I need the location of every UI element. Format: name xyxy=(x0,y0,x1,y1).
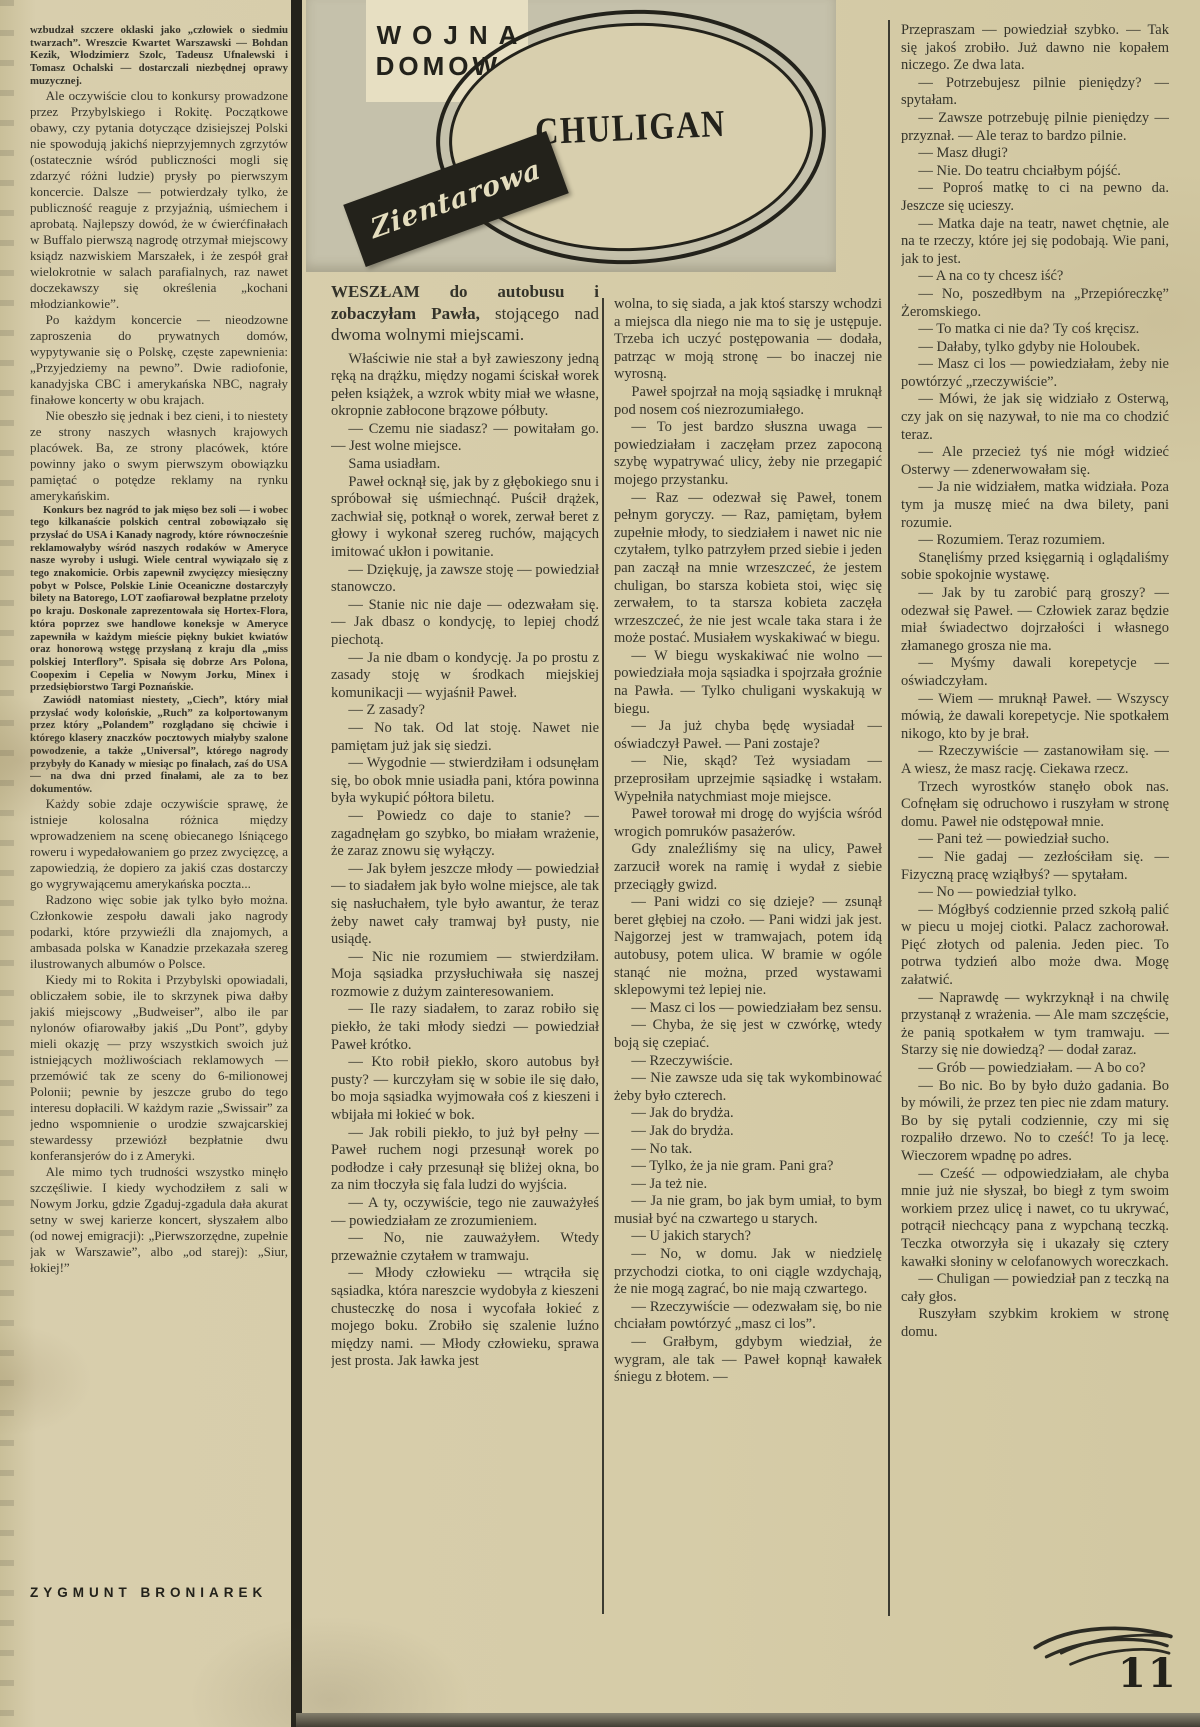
paragraph: — Nie zawsze uda się tak wykombinować że… xyxy=(614,1070,882,1105)
paragraph: — Jak do brydża. xyxy=(614,1123,882,1141)
story-column-2: wolna, to się siada, a jak ktoś starszy … xyxy=(614,296,882,1616)
paragraph: — Jak robili piekło, to już był pełny — … xyxy=(331,1125,599,1195)
paragraph: Kiedy mi to Rokita i Przybylski opowiada… xyxy=(30,972,288,1164)
paragraph: — Czemu nie siadasz? — powitałam go. — J… xyxy=(331,421,599,456)
paragraph: — Rzeczywiście. xyxy=(614,1053,882,1071)
paragraph: Paweł spojrzał na moją sąsiadkę i mrukną… xyxy=(614,384,882,419)
paragraph: Właściwie nie stał a był zawieszony jedn… xyxy=(331,351,599,421)
paragraph: — Matka daje na teatr, nawet chętnie, al… xyxy=(901,216,1169,269)
paragraph: Stanęliśmy przed księgarnią i oglądaliśm… xyxy=(901,550,1169,585)
paragraph: — Wygodnie — stwierdziłam i odsunęłam si… xyxy=(331,755,599,808)
paragraph: — Cześć — odpowiedziałam, ale chyba mnie… xyxy=(901,1166,1169,1272)
paragraph: Radzono więc sobie jak tylko było można.… xyxy=(30,892,288,972)
paragraph: — Bo nic. Bo by było dużo gadania. Bo by… xyxy=(901,1078,1169,1166)
vertical-divider-thick xyxy=(291,0,302,1727)
paragraph: — Dziękuję, ja zawsze stoję — powiedział… xyxy=(331,562,599,597)
paragraph: — No tak. Od lat stoję. Nawet nie pamięt… xyxy=(331,720,599,755)
paragraph: — Ale przecież tyś nie mógł widzieć Oste… xyxy=(901,444,1169,479)
paragraph: — Tylko, że ja nie gram. Pani gra? xyxy=(614,1158,882,1176)
paragraph: — Jak by tu zarobić parą groszy? — odezw… xyxy=(901,585,1169,655)
paragraph: — Nic nie rozumiem — stwierdziłam. Moja … xyxy=(331,949,599,1002)
paragraph: Każdy sobie zdaje oczywiście sprawę, że … xyxy=(30,796,288,892)
paragraph: — Mógłbyś codziennie przed szkołą palić … xyxy=(901,902,1169,990)
paragraph: — Potrzebujesz pilnie pieniędzy? — spyta… xyxy=(901,75,1169,110)
paragraph: Przepraszam — powiedział szybko. — Tak s… xyxy=(901,22,1169,75)
paragraph: Zawiódł natomiast niestety, „Ciech”, któ… xyxy=(30,694,288,796)
page-number: 11 xyxy=(1118,1650,1178,1697)
paragraph: Nie obeszło się jednak i bez cieni, i to… xyxy=(30,408,288,504)
paragraph: — Chuligan — powiedział pan z teczką na … xyxy=(901,1271,1169,1306)
paragraph: — Rzeczywiście — zastanowiłam się. — A w… xyxy=(901,743,1169,778)
paragraph: Paweł torował mi drogę do wyjścia wśród … xyxy=(614,806,882,841)
paragraph: Sama usiadłam. xyxy=(331,456,599,474)
paragraph: Ale mimo tych trudności wszystko minęło … xyxy=(30,1164,288,1276)
paragraph: — Naprawdę — wykrzyknął i na chwilę przy… xyxy=(901,990,1169,1060)
paragraph: — Masz ci los — powiedziałam, żeby nie p… xyxy=(901,356,1169,391)
paragraph: — Jak do brydża. xyxy=(614,1105,882,1123)
paragraph: Gdy znaleźliśmy się na ulicy, Paweł zarz… xyxy=(614,841,882,894)
paragraph: — Chyba, że się jest w czwórkę, wtedy bo… xyxy=(614,1017,882,1052)
paragraph: — Ja już chyba będę wysiadał — oświadczy… xyxy=(614,718,882,753)
story-column-1-paragraphs: Właściwie nie stał a był zawieszony jedn… xyxy=(331,351,599,1371)
scan-bottom-edge xyxy=(296,1713,1200,1727)
paragraph: — Pani też — powiedział sucho. xyxy=(901,831,1169,849)
paragraph: — A ty, oczywiście, tego nie zauważyłeś … xyxy=(331,1195,599,1230)
paragraph: Ruszyłam szybkim krokiem w stronę domu. xyxy=(901,1306,1169,1341)
left-article-column: wzbudzał szczere oklaski jako „człowiek … xyxy=(30,24,288,1572)
paragraph: — To jest bardzo słuszna uwaga — powiedz… xyxy=(614,419,882,489)
paragraph: — Wiem — mruknął Paweł. — Wszyscy mówią,… xyxy=(901,691,1169,744)
paragraph: — Nie. Do teatru chciałbym pójść. xyxy=(901,163,1169,181)
paragraph: — Ja też nie. xyxy=(614,1176,882,1194)
paragraph: — No tak. xyxy=(614,1141,882,1159)
paragraph: Konkurs bez nagród to jak mięso bez soli… xyxy=(30,504,288,695)
paragraph: — Myśmy dawali korepetycje — oświadczyła… xyxy=(901,655,1169,690)
paragraph: — W biegu wyskakiwać nie wolno — powiedz… xyxy=(614,648,882,718)
paragraph: — Ja nie dbam o kondycję. Ja po prostu z… xyxy=(331,650,599,703)
paragraph: — Grób — powiedziałam. — A bo co? xyxy=(901,1060,1169,1078)
column-rule-2 xyxy=(888,20,890,1616)
paragraph: — To matka ci nie da? Ty coś kręcisz. xyxy=(901,321,1169,339)
paragraph: — No, poszedłbym na „Przepióreczkę” Żero… xyxy=(901,286,1169,321)
paragraph: — Kto robił piekło, skoro autobus był pu… xyxy=(331,1054,599,1124)
paragraph: — U jakich starych? xyxy=(614,1228,882,1246)
paragraph: — A na co ty chcesz iść? xyxy=(901,268,1169,286)
magazine-page: wzbudzał szczere oklaski jako „człowiek … xyxy=(0,0,1200,1727)
paragraph: — Ja nie gram, bo jak bym umiał, to bym … xyxy=(614,1193,882,1228)
story-column-1: WESZŁAM do autobusu i zobaczyłam Pawła, … xyxy=(331,281,599,1617)
paragraph: — Jak byłem jeszcze młody — powiedział —… xyxy=(331,861,599,949)
page-left-edge xyxy=(0,0,14,1727)
story-column-3: Przepraszam — powiedział szybko. — Tak s… xyxy=(901,22,1169,1604)
paragraph: — Ile razy siadałem, to zaraz robiło się… xyxy=(331,1001,599,1054)
story-masthead: WOJNA DOMOWA CHULIGAN Zientarowa xyxy=(306,0,836,272)
column-rule-1 xyxy=(602,298,604,1614)
paragraph: wolna, to się siada, a jak ktoś starszy … xyxy=(614,296,882,384)
paragraph: — Młody człowieku — wtrąciła się sąsiadk… xyxy=(331,1265,599,1371)
paragraph: — Dałaby, tylko gdyby nie Holoubek. xyxy=(901,339,1169,357)
paragraph: — No — powiedział tylko. xyxy=(901,884,1169,902)
paragraph: — Ja nie widziałem, matka widziała. Poza… xyxy=(901,479,1169,532)
paragraph: — Nie gadaj — zezłościłam się. — Fizyczn… xyxy=(901,849,1169,884)
paragraph: — No, nie zauważyłem. Wtedy przeważnie c… xyxy=(331,1230,599,1265)
paragraph: — Rozumiem. Teraz rozumiem. xyxy=(901,532,1169,550)
paragraph: — No, w domu. Jak w niedzielę przychodzi… xyxy=(614,1246,882,1299)
paragraph: — Grałbym, gdybym wiedział, że wygram, a… xyxy=(614,1334,882,1387)
paragraph: wzbudzał szczere oklaski jako „człowiek … xyxy=(30,24,288,88)
paragraph: — Masz ci los — powiedziałam bez sensu. xyxy=(614,1000,882,1018)
paragraph: — Poproś matkę to ci na pewno da. Jeszcz… xyxy=(901,180,1169,215)
paragraph: Trzech wyrostków stanęło obok nas. Cofnę… xyxy=(901,779,1169,832)
paragraph: — Masz długi? xyxy=(901,145,1169,163)
paragraph: Po każdym koncercie — nieodzowne zaprosz… xyxy=(30,312,288,408)
paragraph: — Raz — odezwał się Paweł, tonem pełnym … xyxy=(614,490,882,648)
paragraph: — Pani widzi co się dzieje? — zsunął ber… xyxy=(614,894,882,1000)
paragraph: — Stanie nic nie daje — odezwałam się. —… xyxy=(331,597,599,650)
paragraph: — Zawsze potrzebuję pilnie pieniędzy — p… xyxy=(901,110,1169,145)
paragraph: — Nie, skąd? Też wysiadam — przeprosiłam… xyxy=(614,753,882,806)
paragraph: Paweł ocknął się, jak by z głębokiego sn… xyxy=(331,474,599,562)
paragraph: — Mówi, że jak się widziało z Osterwą, c… xyxy=(901,391,1169,444)
byline: ZYGMUNT BRONIAREK xyxy=(30,1585,292,1600)
story-lead: WESZŁAM do autobusu i zobaczyłam Pawła, … xyxy=(331,281,599,346)
paragraph: — Z zasady? xyxy=(331,702,599,720)
paragraph: — Rzeczywiście — odezwałam się, bo nie c… xyxy=(614,1299,882,1334)
paragraph: Ale oczywiście clou to konkursy prowadzo… xyxy=(30,88,288,312)
paragraph: — Powiedz co daje to stanie? — zagadnęła… xyxy=(331,808,599,861)
